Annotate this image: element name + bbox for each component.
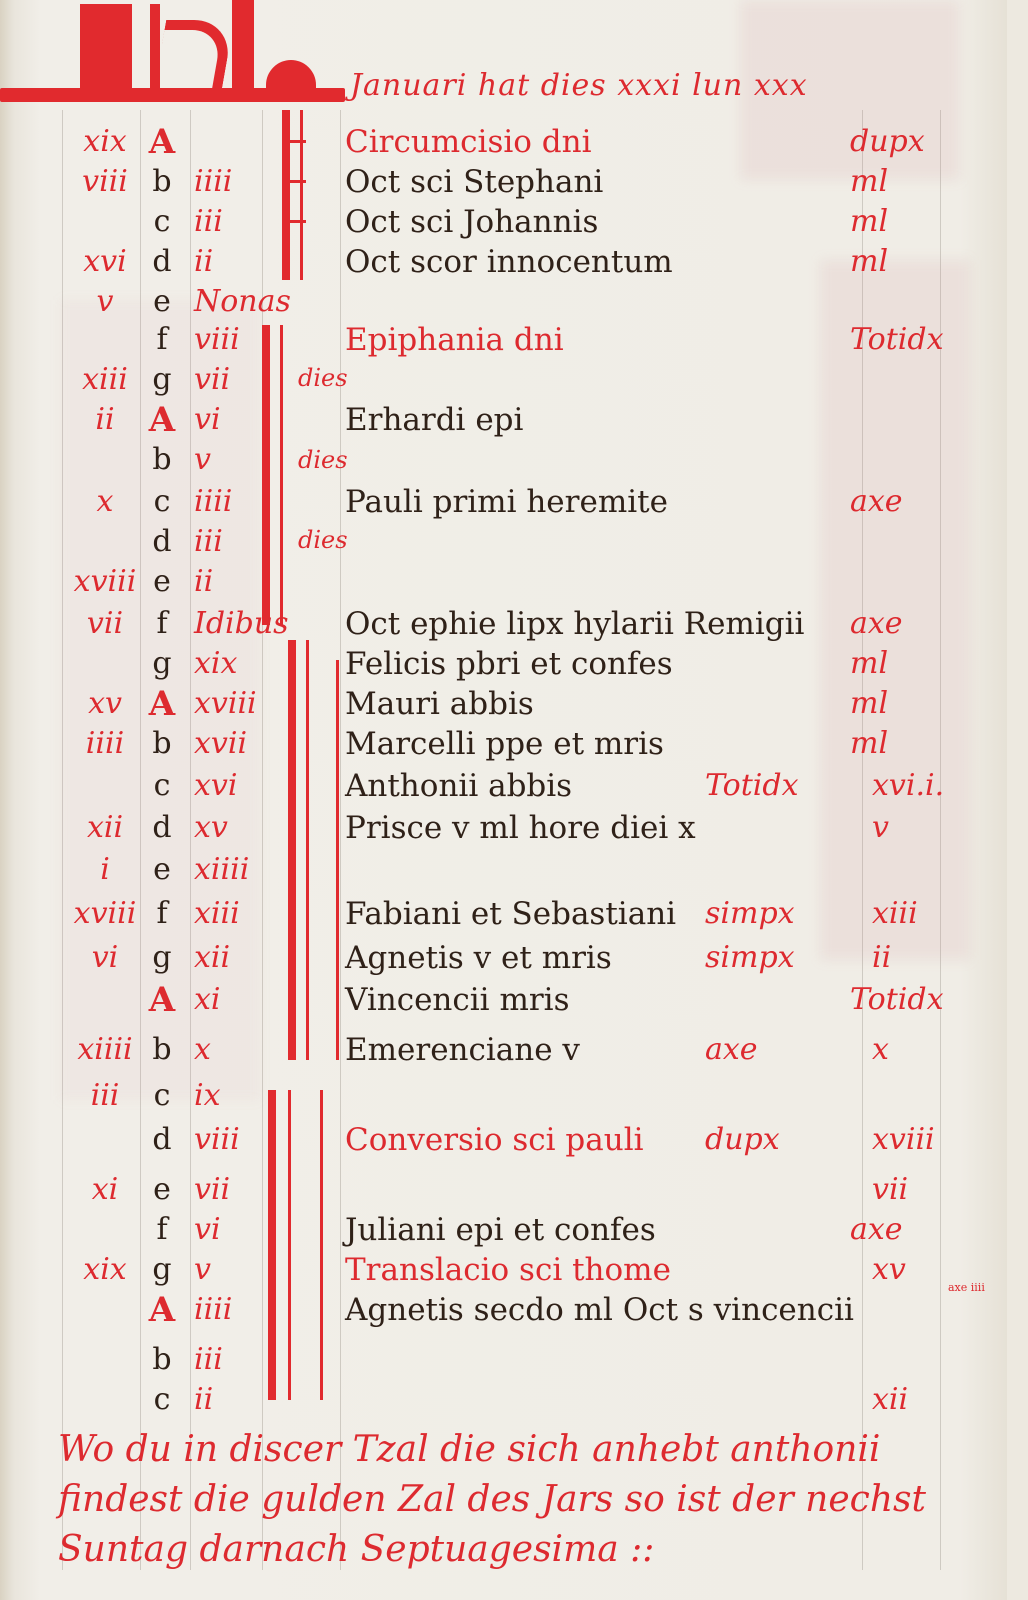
roman-date: xii (194, 938, 284, 978)
feast-name: Juliani epi et confes (345, 1210, 865, 1250)
golden-number: ii (70, 400, 140, 440)
golden-number: v (70, 282, 140, 322)
golden-number: xi (70, 1170, 140, 1210)
feast-rank: simpx (705, 938, 795, 978)
feast-rank: axe (850, 604, 990, 644)
feast-rank: ml (850, 162, 990, 202)
feast-name: Mauri abbis (345, 684, 865, 724)
calendar-row: diii (0, 522, 1007, 562)
feast-name: Pauli primi heremite (345, 482, 865, 522)
epact: vii (872, 1170, 992, 1210)
dominical-letter: e (140, 850, 184, 890)
roman-date: iiii (194, 1290, 284, 1330)
epact: xii (872, 1380, 992, 1420)
golden-number: iii (70, 1076, 140, 1116)
calendar-row: bv (0, 440, 1007, 480)
dominical-letter: c (140, 1076, 184, 1116)
dominical-letter: b (140, 724, 184, 764)
dominical-letter: f (140, 320, 184, 360)
feast-name: Epiphania dni (345, 320, 865, 360)
roman-date: v (194, 1250, 284, 1290)
epact: xvi.i. (872, 766, 992, 806)
calendar-row: vigxiiAgnetis v et mrisiisimpx (0, 938, 1007, 978)
feast-name: Prisce v ml hore diei x (345, 808, 865, 848)
calendar-row: ciixii (0, 1380, 1007, 1420)
golden-number: xix (70, 122, 140, 162)
epact: x (872, 1030, 992, 1070)
epact: xiii (872, 894, 992, 934)
margin-note: axe iiii (948, 1282, 985, 1294)
feast-rank: dupx (705, 1120, 780, 1160)
roman-date: xvi (194, 766, 284, 806)
roman-date: xvii (194, 724, 284, 764)
dominical-letter: b (140, 440, 184, 480)
feast-rank: ml (850, 644, 990, 684)
feast-name: Felicis pbri et confes (345, 644, 865, 684)
epact: ii (872, 938, 992, 978)
calendar-row: veNonas (0, 282, 1007, 322)
dominical-letter: A (140, 980, 184, 1020)
dominical-letter: f (140, 1210, 184, 1250)
calendar-row: iiicix (0, 1076, 1007, 1116)
calendar-row: xciiiiPauli primi heremiteaxe (0, 482, 1007, 522)
feast-name: Marcelli ppe et mris (345, 724, 865, 764)
feast-rank: axe (850, 1210, 990, 1250)
feast-name: Erhardi epi (345, 400, 865, 440)
footer-line: findest die gulden Zal des Jars so ist d… (58, 1475, 958, 1525)
calendar-row: xvidiiOct scor innocentumml (0, 242, 1007, 282)
footer-line: Wo du in discer Tzal die sich anhebt ant… (58, 1425, 958, 1475)
calendar-row: fviJuliani epi et confesaxe (0, 1210, 1007, 1250)
feast-rank: simpx (705, 894, 795, 934)
dominical-letter: c (140, 766, 184, 806)
golden-number: vi (70, 938, 140, 978)
calendar-row: xixgvTranslacio sci thomexv (0, 1250, 1007, 1290)
calendar-row: AiiiiAgnetis secdo ml Oct s vincenciiaxe… (0, 1290, 1007, 1330)
calendar-row: viiibiiiiOct sci Stephaniml (0, 162, 1007, 202)
dominical-letter: d (140, 808, 184, 848)
feast-name: Agnetis secdo ml Oct s vincencii (345, 1290, 865, 1330)
calendar-row: iiAviErhardi epi (0, 400, 1007, 440)
golden-number: xiiii (70, 1030, 140, 1070)
dominical-letter: e (140, 562, 184, 602)
calendar-row: dviiiConversio sci paulixviiidupx (0, 1120, 1007, 1160)
roman-date: ii (194, 1380, 284, 1420)
dominical-letter: A (140, 684, 184, 724)
roman-date: iiii (194, 482, 284, 522)
footer-line: Suntag darnach Septuagesima :: (58, 1525, 958, 1575)
dominical-letter: d (140, 242, 184, 282)
golden-number: i (70, 850, 140, 890)
calendar-row: fviiiEpiphania dniTotidx (0, 320, 1007, 360)
roman-date: vi (194, 400, 284, 440)
dominical-letter: c (140, 1380, 184, 1420)
dominical-letter: f (140, 894, 184, 934)
calendar-row: gxixFelicis pbri et confesml (0, 644, 1007, 684)
calendar-row: xiiiibxEmerenciane vxaxe (0, 1030, 1007, 1070)
calendar-row: xiidxvPrisce v ml hore diei xv (0, 808, 1007, 848)
feast-rank: axe (850, 482, 990, 522)
roman-date: iii (194, 202, 284, 242)
golden-number: vii (70, 604, 140, 644)
calendar-row: xvAxviiiMauri abbisml (0, 684, 1007, 724)
feast-name: Circumcisio dni (345, 122, 865, 162)
roman-date: vii (194, 1170, 284, 1210)
feast-rank: ml (850, 684, 990, 724)
roman-date: xiii (194, 894, 284, 934)
dominical-letter: b (140, 162, 184, 202)
dominical-letter: e (140, 282, 184, 322)
dominical-letter: g (140, 1250, 184, 1290)
roman-date: vi (194, 1210, 284, 1250)
golden-number: iiii (70, 724, 140, 764)
feast-rank: dupx (850, 122, 990, 162)
roman-date: xi (194, 980, 284, 1020)
feast-rank: ml (850, 242, 990, 282)
feast-name: Oct sci Stephani (345, 162, 865, 202)
calendar-row: xieviivii (0, 1170, 1007, 1210)
roman-date: x (194, 1030, 284, 1070)
feast-name: Translacio sci thome (345, 1250, 865, 1290)
roman-date: viii (194, 320, 284, 360)
roman-date: vii (194, 360, 284, 400)
golden-number: xvi (70, 242, 140, 282)
golden-number: xviii (70, 894, 140, 934)
feast-rank: axe (705, 1030, 758, 1070)
feast-rank: ml (850, 202, 990, 242)
month-heading: Januari hat dies xxxi lun xxx (350, 68, 808, 103)
feast-rank: Totidx (705, 766, 799, 806)
roman-date: ii (194, 562, 284, 602)
roman-date: xix (194, 644, 284, 684)
dominical-letter: A (140, 400, 184, 440)
roman-date: iii (194, 1340, 284, 1380)
feast-name: Oct scor innocentum (345, 242, 865, 282)
feast-name: Oct ephie lipx hylarii Remigii (345, 604, 865, 644)
dominical-letter: b (140, 1030, 184, 1070)
roman-date: xviii (194, 684, 284, 724)
roman-date: ix (194, 1076, 284, 1116)
golden-number: xviii (70, 562, 140, 602)
feast-name: Oct sci Johannis (345, 202, 865, 242)
dominical-letter: e (140, 1170, 184, 1210)
roman-date: xv (194, 808, 284, 848)
feast-rank: ml (850, 724, 990, 764)
dominical-letter: c (140, 202, 184, 242)
dominical-letter: A (140, 1290, 184, 1330)
dominical-letter: c (140, 482, 184, 522)
calendar-row: xviiifxiiiFabiani et Sebastianixiiisimpx (0, 894, 1007, 934)
roman-date: v (194, 440, 284, 480)
roman-date: iiii (194, 162, 284, 202)
dominical-letter: b (140, 1340, 184, 1380)
golden-number: xiii (70, 360, 140, 400)
calendar-row: xiiigvii (0, 360, 1007, 400)
calendar-row: ciiiOct sci Johannisml (0, 202, 1007, 242)
golden-number: x (70, 482, 140, 522)
dominical-letter: g (140, 644, 184, 684)
feast-rank: Totidx (850, 320, 990, 360)
roman-date: xiiii (194, 850, 284, 890)
feast-name: Vincencii mris (345, 980, 865, 1020)
calendar-row: cxviAnthonii abbisxvi.i.Totidx (0, 766, 1007, 806)
golden-number: xii (70, 808, 140, 848)
dominical-letter: d (140, 1120, 184, 1160)
calendar-row: AxiVincencii mrisTotidx (0, 980, 1007, 1020)
feast-name: Conversio sci pauli (345, 1120, 865, 1160)
roman-date: viii (194, 1120, 284, 1160)
roman-date: Nonas (194, 282, 284, 322)
calendar-row: biii (0, 1340, 1007, 1380)
calendar-row: iexiiii (0, 850, 1007, 890)
calendar-row: viifIdibusOct ephie lipx hylarii Remigii… (0, 604, 1007, 644)
dominical-letter: g (140, 360, 184, 400)
golden-number: viii (70, 162, 140, 202)
epact: v (872, 808, 992, 848)
manuscript-page: Januari hat dies xxxi lun xxx dies dies … (0, 0, 1007, 1600)
calendar-row: xixACircumcisio dnidupx (0, 122, 1007, 162)
feast-name: Emerenciane v (345, 1030, 865, 1070)
roman-date: iii (194, 522, 284, 562)
roman-date: Idibus (194, 604, 284, 644)
golden-number: xix (70, 1250, 140, 1290)
dominical-letter: d (140, 522, 184, 562)
calendar-row: xviiieii (0, 562, 1007, 602)
footer-note: Wo du in discer Tzal die sich anhebt ant… (58, 1425, 958, 1575)
epact: xviii (872, 1120, 992, 1160)
dominical-letter: A (140, 122, 184, 162)
dominical-letter: f (140, 604, 184, 644)
calendar-row: iiiibxviiMarcelli ppe et mrisml (0, 724, 1007, 764)
golden-number: xv (70, 684, 140, 724)
roman-date: ii (194, 242, 284, 282)
feast-rank: Totidx (850, 980, 990, 1020)
kl-initial (0, 0, 340, 112)
dominical-letter: g (140, 938, 184, 978)
